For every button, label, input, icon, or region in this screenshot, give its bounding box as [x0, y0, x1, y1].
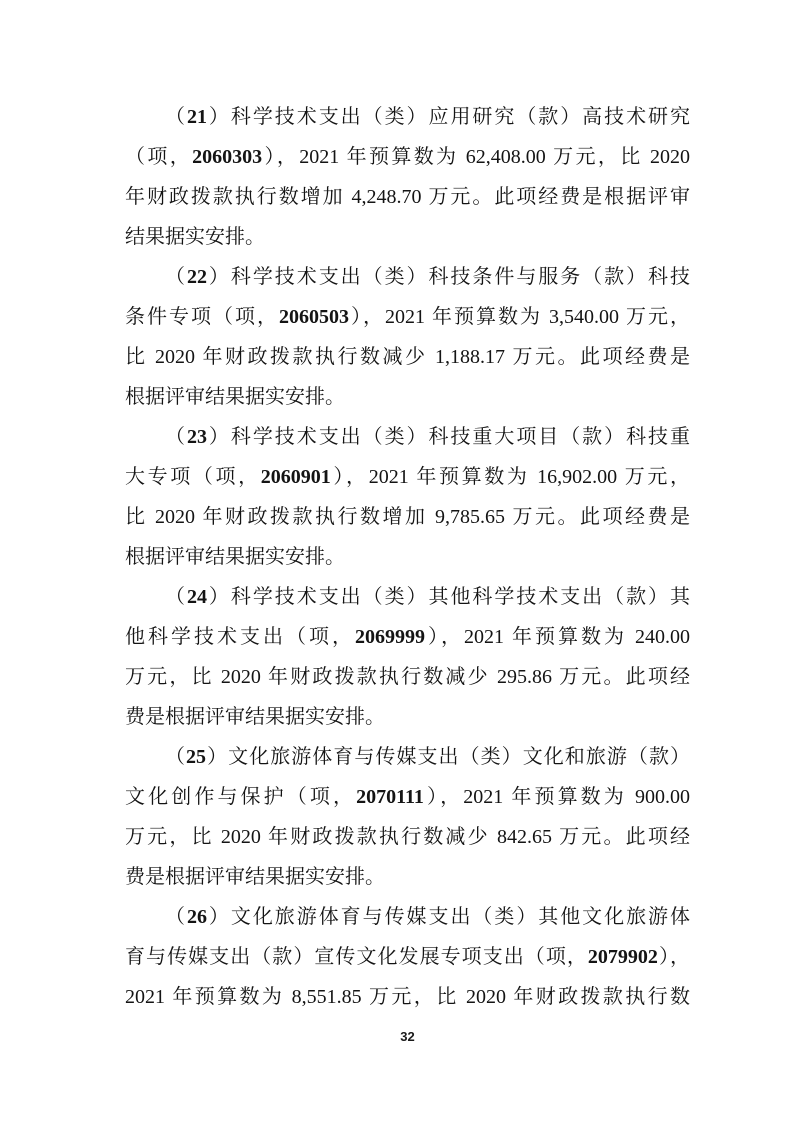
bold-text: 23 — [187, 426, 207, 448]
text-line: （23）科学技术支出（类）科技重大项目（款）科技重 — [125, 417, 690, 457]
text: 费是根据评审结果据实安排。 — [125, 706, 385, 728]
text: （项， — [125, 146, 192, 168]
bold-text: 2060503 — [279, 306, 349, 328]
text-line: 根据评审结果据实安排。 — [125, 377, 690, 417]
bold-text: 2060303 — [192, 146, 262, 168]
bold-text: 21 — [187, 106, 207, 128]
text-line: 万元，比 2020 年财政拨款执行数减少 295.86 万元。此项经 — [125, 657, 690, 697]
paragraph: （25）文化旅游体育与传媒支出（类）文化和旅游（款）文化创作与保护（项，2070… — [125, 737, 690, 897]
text: ）科学技术支出（类）科技条件与服务（款）科技 — [207, 266, 690, 288]
bold-text: 2060901 — [261, 466, 331, 488]
text: 文化创作与保护（项， — [125, 786, 356, 808]
text-line: 费是根据评审结果据实安排。 — [125, 697, 690, 737]
text: 年财政拨款执行数增加 4,248.70 万元。此项经费是根据评审 — [125, 186, 690, 208]
text: 大专项（项， — [125, 466, 261, 488]
text-line: （项，2060303），2021 年预算数为 62,408.00 万元，比 20… — [125, 137, 690, 177]
text: 比 2020 年财政拨款执行数增加 9,785.65 万元。此项经费是 — [125, 506, 690, 528]
text-line: 大专项（项，2060901），2021 年预算数为 16,902.00 万元， — [125, 457, 690, 497]
text: ），2021 年预算数为 62,408.00 万元，比 2020 — [262, 146, 690, 168]
document-body: （21）科学技术支出（类）应用研究（款）高技术研究（项，2060303），202… — [125, 97, 690, 1017]
text: （ — [165, 746, 186, 768]
text: 比 2020 年财政拨款执行数减少 1,188.17 万元。此项经费是 — [125, 346, 690, 368]
text-line: 育与传媒支出（款）宣传文化发展专项支出（项，2079902）， — [125, 937, 690, 977]
document-page: （21）科学技术支出（类）应用研究（款）高技术研究（项，2060303），202… — [0, 0, 800, 1131]
text: ），2021 年预算数为 16,902.00 万元， — [331, 466, 690, 488]
bold-text: 2070111 — [356, 786, 424, 808]
text-line: 万元，比 2020 年财政拨款执行数减少 842.65 万元。此项经 — [125, 817, 690, 857]
text-line: 结果据实安排。 — [125, 217, 690, 257]
text: （ — [165, 426, 187, 448]
bold-text: 22 — [187, 266, 207, 288]
bold-text: 24 — [187, 586, 207, 608]
text-line: 条件专项（项，2060503），2021 年预算数为 3,540.00 万元， — [125, 297, 690, 337]
text-line: 文化创作与保护（项，2070111），2021 年预算数为 900.00 — [125, 777, 690, 817]
bold-text: 2069999 — [355, 626, 425, 648]
paragraph: （23）科学技术支出（类）科技重大项目（款）科技重大专项（项，2060901），… — [125, 417, 690, 577]
text: 育与传媒支出（款）宣传文化发展专项支出（项， — [125, 946, 588, 968]
text-line: 费是根据评审结果据实安排。 — [125, 857, 690, 897]
text-line: （24）科学技术支出（类）其他科学技术支出（款）其 — [125, 577, 690, 617]
text: （ — [165, 586, 187, 608]
text-line: 2021 年预算数为 8,551.85 万元，比 2020 年财政拨款执行数 — [125, 977, 690, 1017]
text: ）科学技术支出（类）其他科学技术支出（款）其 — [207, 586, 690, 608]
bold-text: 26 — [187, 906, 207, 928]
text: ）科学技术支出（类）科技重大项目（款）科技重 — [207, 426, 690, 448]
text: （ — [165, 906, 187, 928]
text-line: 年财政拨款执行数增加 4,248.70 万元。此项经费是根据评审 — [125, 177, 690, 217]
text: ）科学技术支出（类）应用研究（款）高技术研究 — [207, 106, 690, 128]
text: 结果据实安排。 — [125, 226, 265, 248]
text-line: 他科学技术支出（项，2069999），2021 年预算数为 240.00 — [125, 617, 690, 657]
text-line: （21）科学技术支出（类）应用研究（款）高技术研究 — [125, 97, 690, 137]
paragraph: （21）科学技术支出（类）应用研究（款）高技术研究（项，2060303），202… — [125, 97, 690, 257]
text: 费是根据评审结果据实安排。 — [125, 866, 385, 888]
paragraph: （24）科学技术支出（类）其他科学技术支出（款）其他科学技术支出（项，20699… — [125, 577, 690, 737]
text: 万元，比 2020 年财政拨款执行数减少 842.65 万元。此项经 — [125, 826, 690, 848]
text: ）， — [658, 946, 690, 968]
text-line: 比 2020 年财政拨款执行数减少 1,188.17 万元。此项经费是 — [125, 337, 690, 377]
bold-text: 25 — [186, 746, 206, 768]
text: （ — [165, 266, 187, 288]
text: ），2021 年预算数为 3,540.00 万元， — [349, 306, 690, 328]
text: ），2021 年预算数为 240.00 — [425, 626, 690, 648]
text-line: （22）科学技术支出（类）科技条件与服务（款）科技 — [125, 257, 690, 297]
page-number: 32 — [125, 1028, 690, 1046]
text: 万元，比 2020 年财政拨款执行数减少 295.86 万元。此项经 — [125, 666, 690, 688]
text-line: （26）文化旅游体育与传媒支出（类）其他文化旅游体 — [125, 897, 690, 937]
text: 根据评审结果据实安排。 — [125, 546, 345, 568]
text: 条件专项（项， — [125, 306, 279, 328]
text: 根据评审结果据实安排。 — [125, 386, 345, 408]
text: （ — [165, 106, 187, 128]
text: 2021 年预算数为 8,551.85 万元，比 2020 年财政拨款执行数 — [125, 986, 690, 1008]
text-line: 比 2020 年财政拨款执行数增加 9,785.65 万元。此项经费是 — [125, 497, 690, 537]
text: 他科学技术支出（项， — [125, 626, 355, 648]
text: ），2021 年预算数为 900.00 — [424, 786, 690, 808]
text: ）文化旅游体育与传媒支出（类）文化和旅游（款） — [206, 746, 690, 768]
paragraph: （26）文化旅游体育与传媒支出（类）其他文化旅游体育与传媒支出（款）宣传文化发展… — [125, 897, 690, 1017]
paragraph: （22）科学技术支出（类）科技条件与服务（款）科技条件专项（项，2060503）… — [125, 257, 690, 417]
bold-text: 2079902 — [588, 946, 658, 968]
text-line: （25）文化旅游体育与传媒支出（类）文化和旅游（款） — [125, 737, 690, 777]
text-line: 根据评审结果据实安排。 — [125, 537, 690, 577]
text: ）文化旅游体育与传媒支出（类）其他文化旅游体 — [207, 906, 690, 928]
